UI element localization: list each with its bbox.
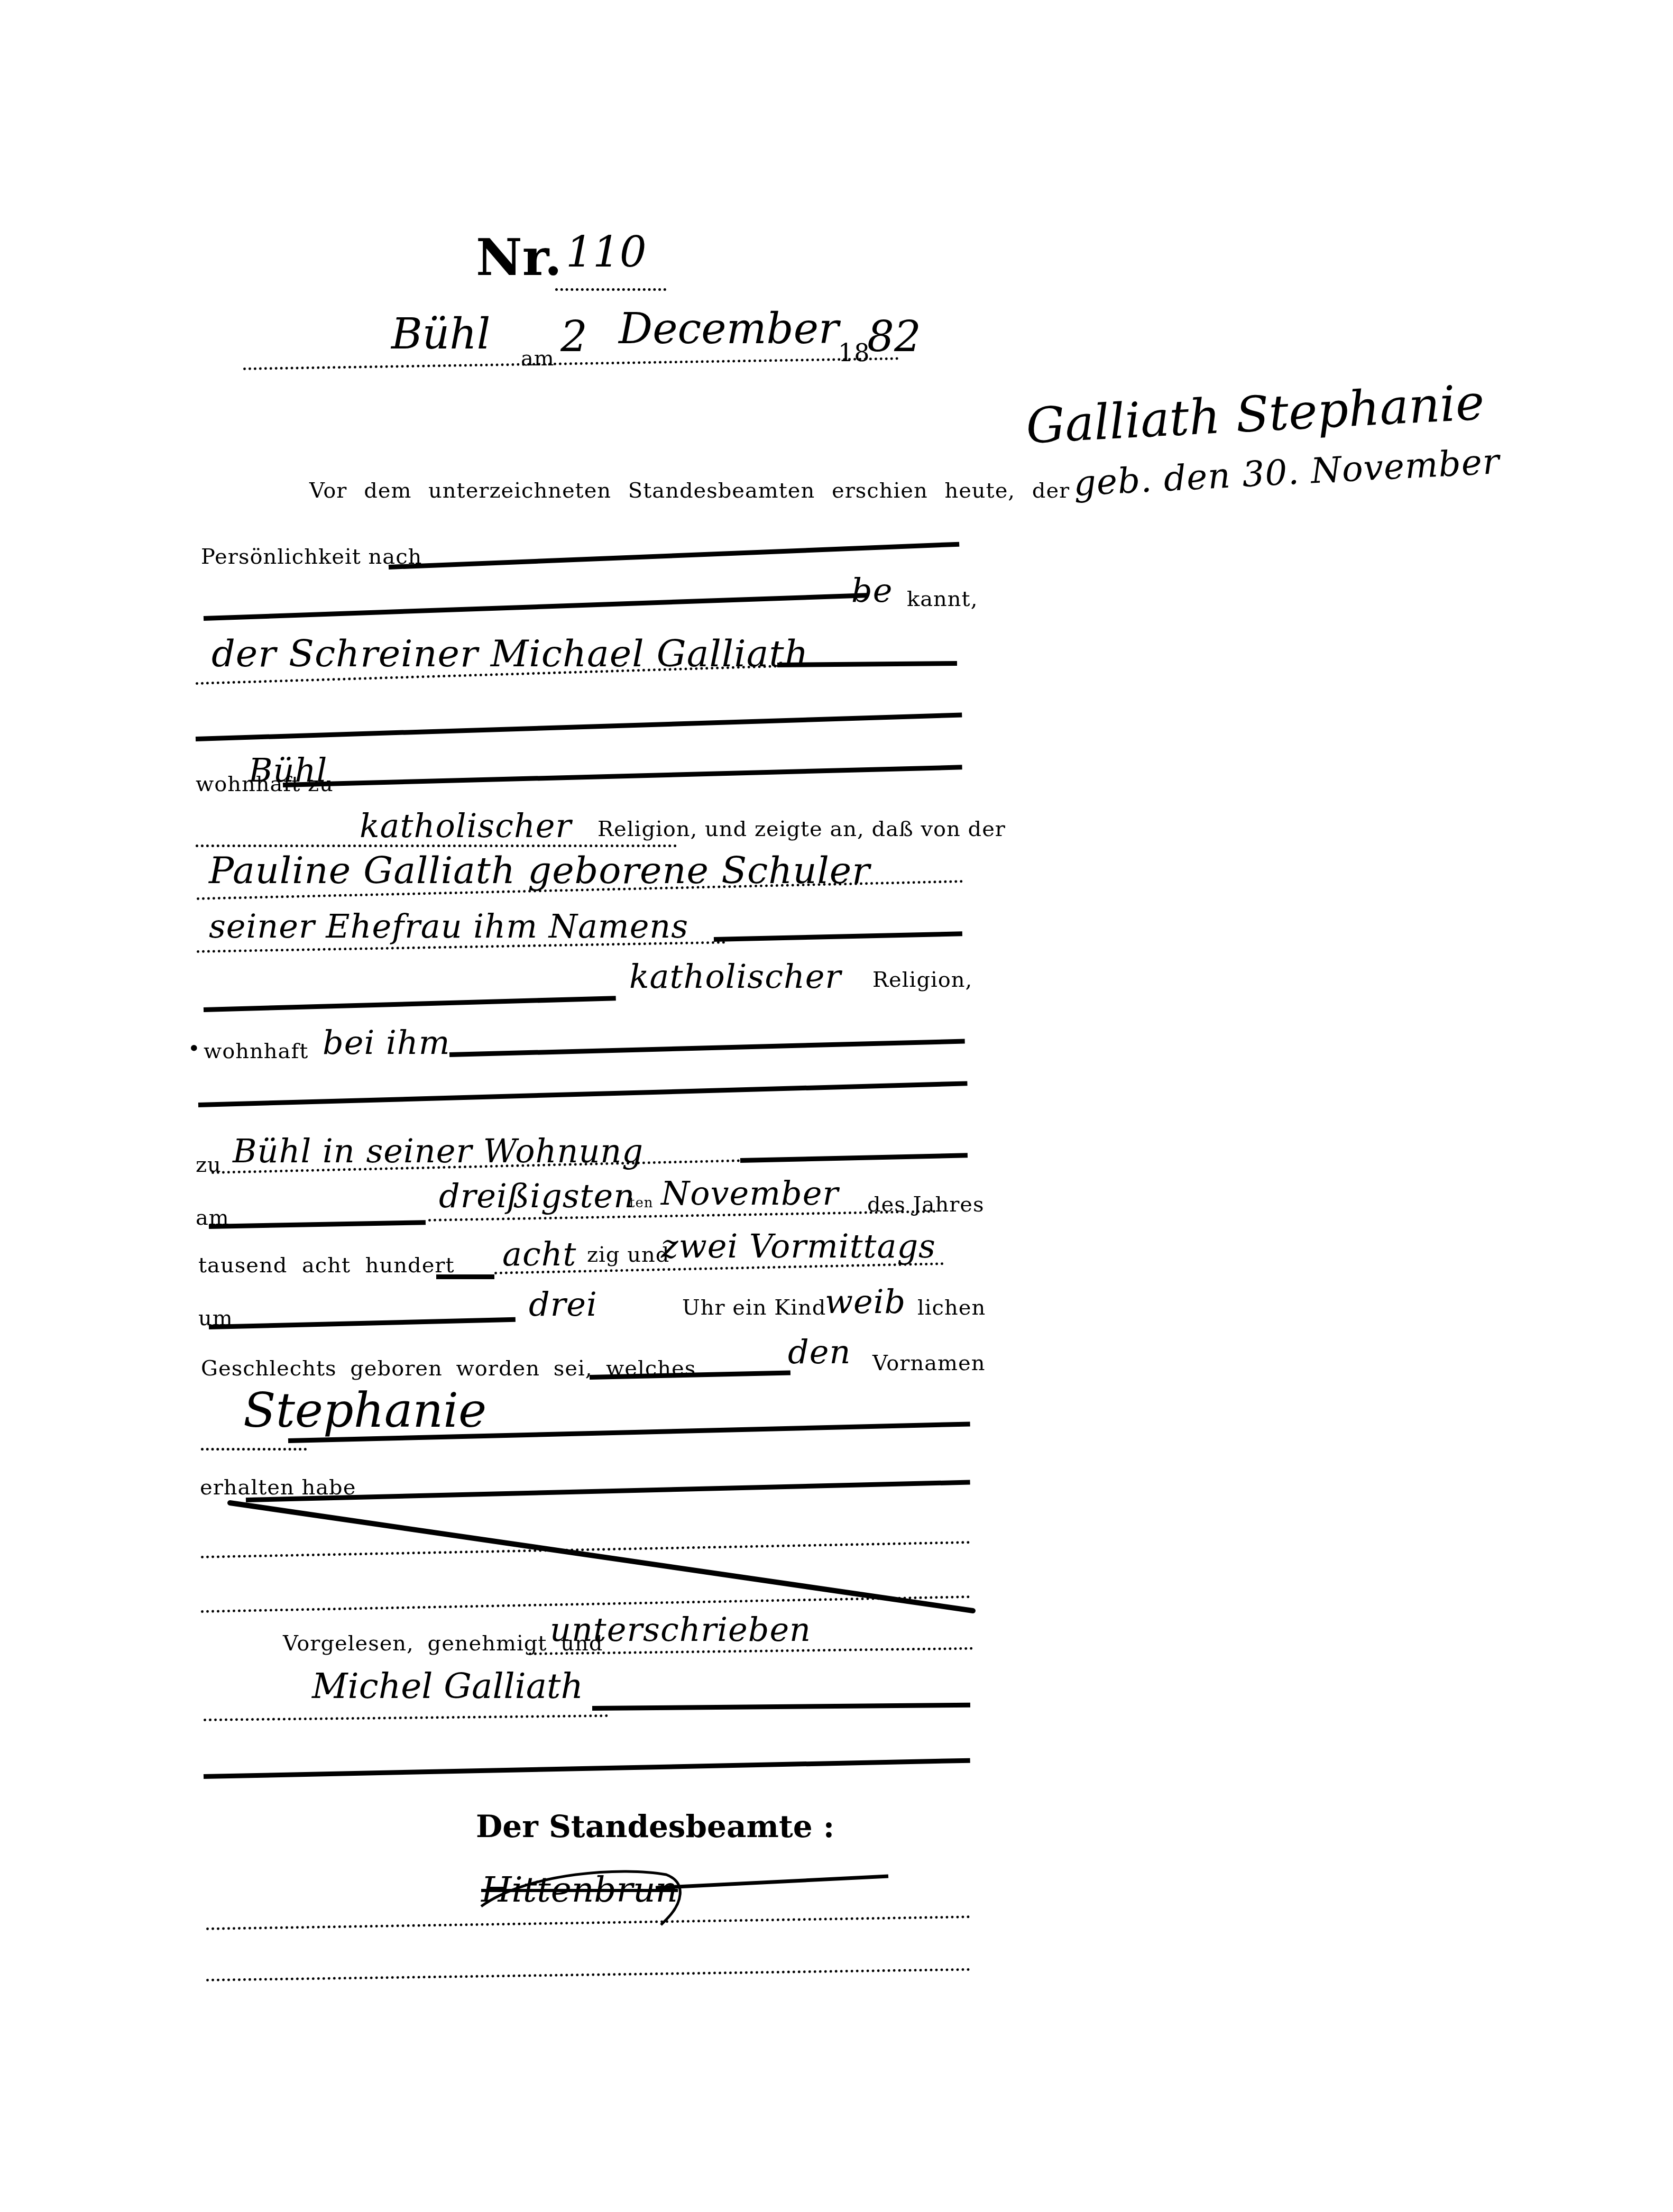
official-signature-flourish: [0, 0, 1673, 2212]
